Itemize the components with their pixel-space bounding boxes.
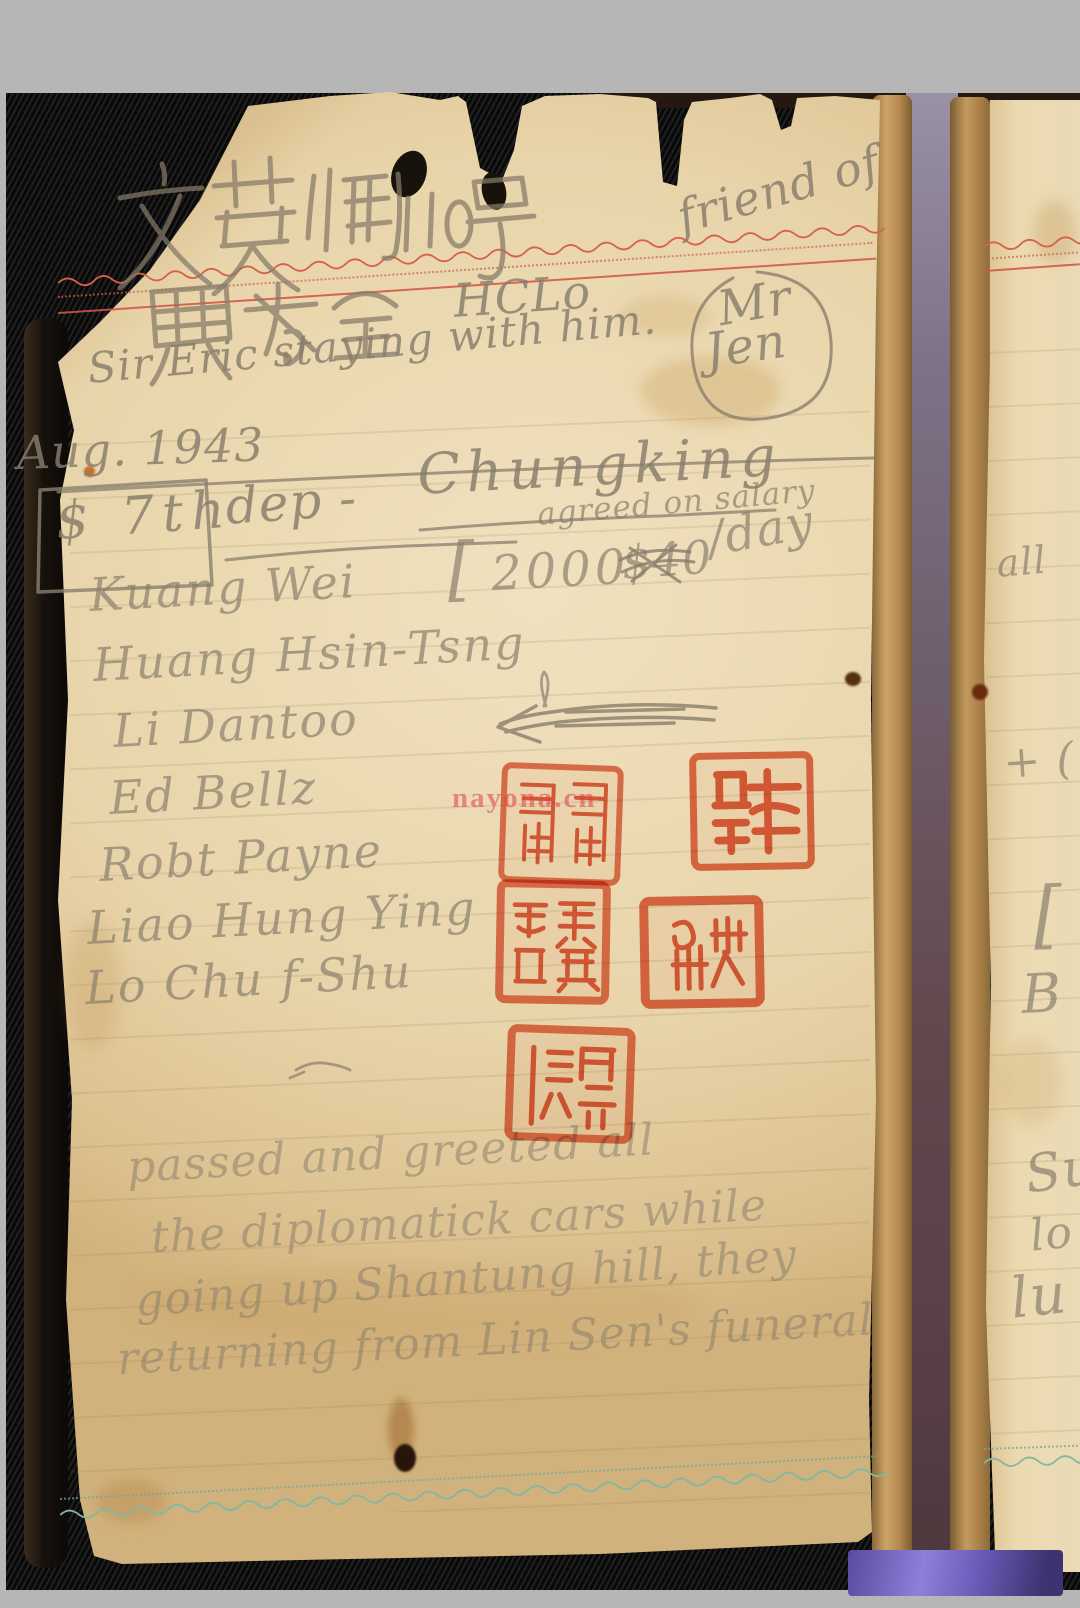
salary-struck-amount: $40 xyxy=(620,534,714,586)
fragment: lo xyxy=(1028,1211,1075,1259)
salary-amount: 2000 xyxy=(490,543,630,598)
fragment: B xyxy=(1020,966,1063,1022)
entry-day-boxed: $ 7th xyxy=(54,484,234,548)
fragment: + ( xyxy=(1002,737,1076,786)
fragment: all xyxy=(995,541,1048,583)
binding-cloth-patch xyxy=(848,1550,1063,1596)
site-watermark: nayona.cn xyxy=(452,782,597,815)
torn-page-strip-left xyxy=(872,95,912,1573)
torn-page-strip-right xyxy=(950,97,990,1573)
diary-photo: HCLo Sir Eric staying with him. friend o… xyxy=(0,0,1080,1608)
seal-middle-left xyxy=(495,879,611,1005)
seal-middle-right xyxy=(639,895,765,1009)
name-row: Li Dantoo xyxy=(112,695,360,754)
fragment: lu xyxy=(1008,1266,1070,1328)
fragment: Su xyxy=(1022,1140,1080,1201)
seal-top-left xyxy=(498,762,624,886)
salary-bracket: [ xyxy=(446,533,477,604)
circled-name-line2: Jen xyxy=(702,317,789,376)
fragment: [ xyxy=(1032,877,1064,952)
right-page xyxy=(982,100,1080,1572)
entry-dep-label: dep - xyxy=(224,473,359,532)
name-row: Kuang Wei xyxy=(88,558,358,618)
name-row: Ed Bellz xyxy=(108,764,318,821)
entry-month: Aug. 1943 xyxy=(16,421,265,476)
seal-top-right xyxy=(689,751,815,871)
name-row: Robt Payne xyxy=(98,827,384,888)
seal-bottom xyxy=(504,1024,636,1144)
